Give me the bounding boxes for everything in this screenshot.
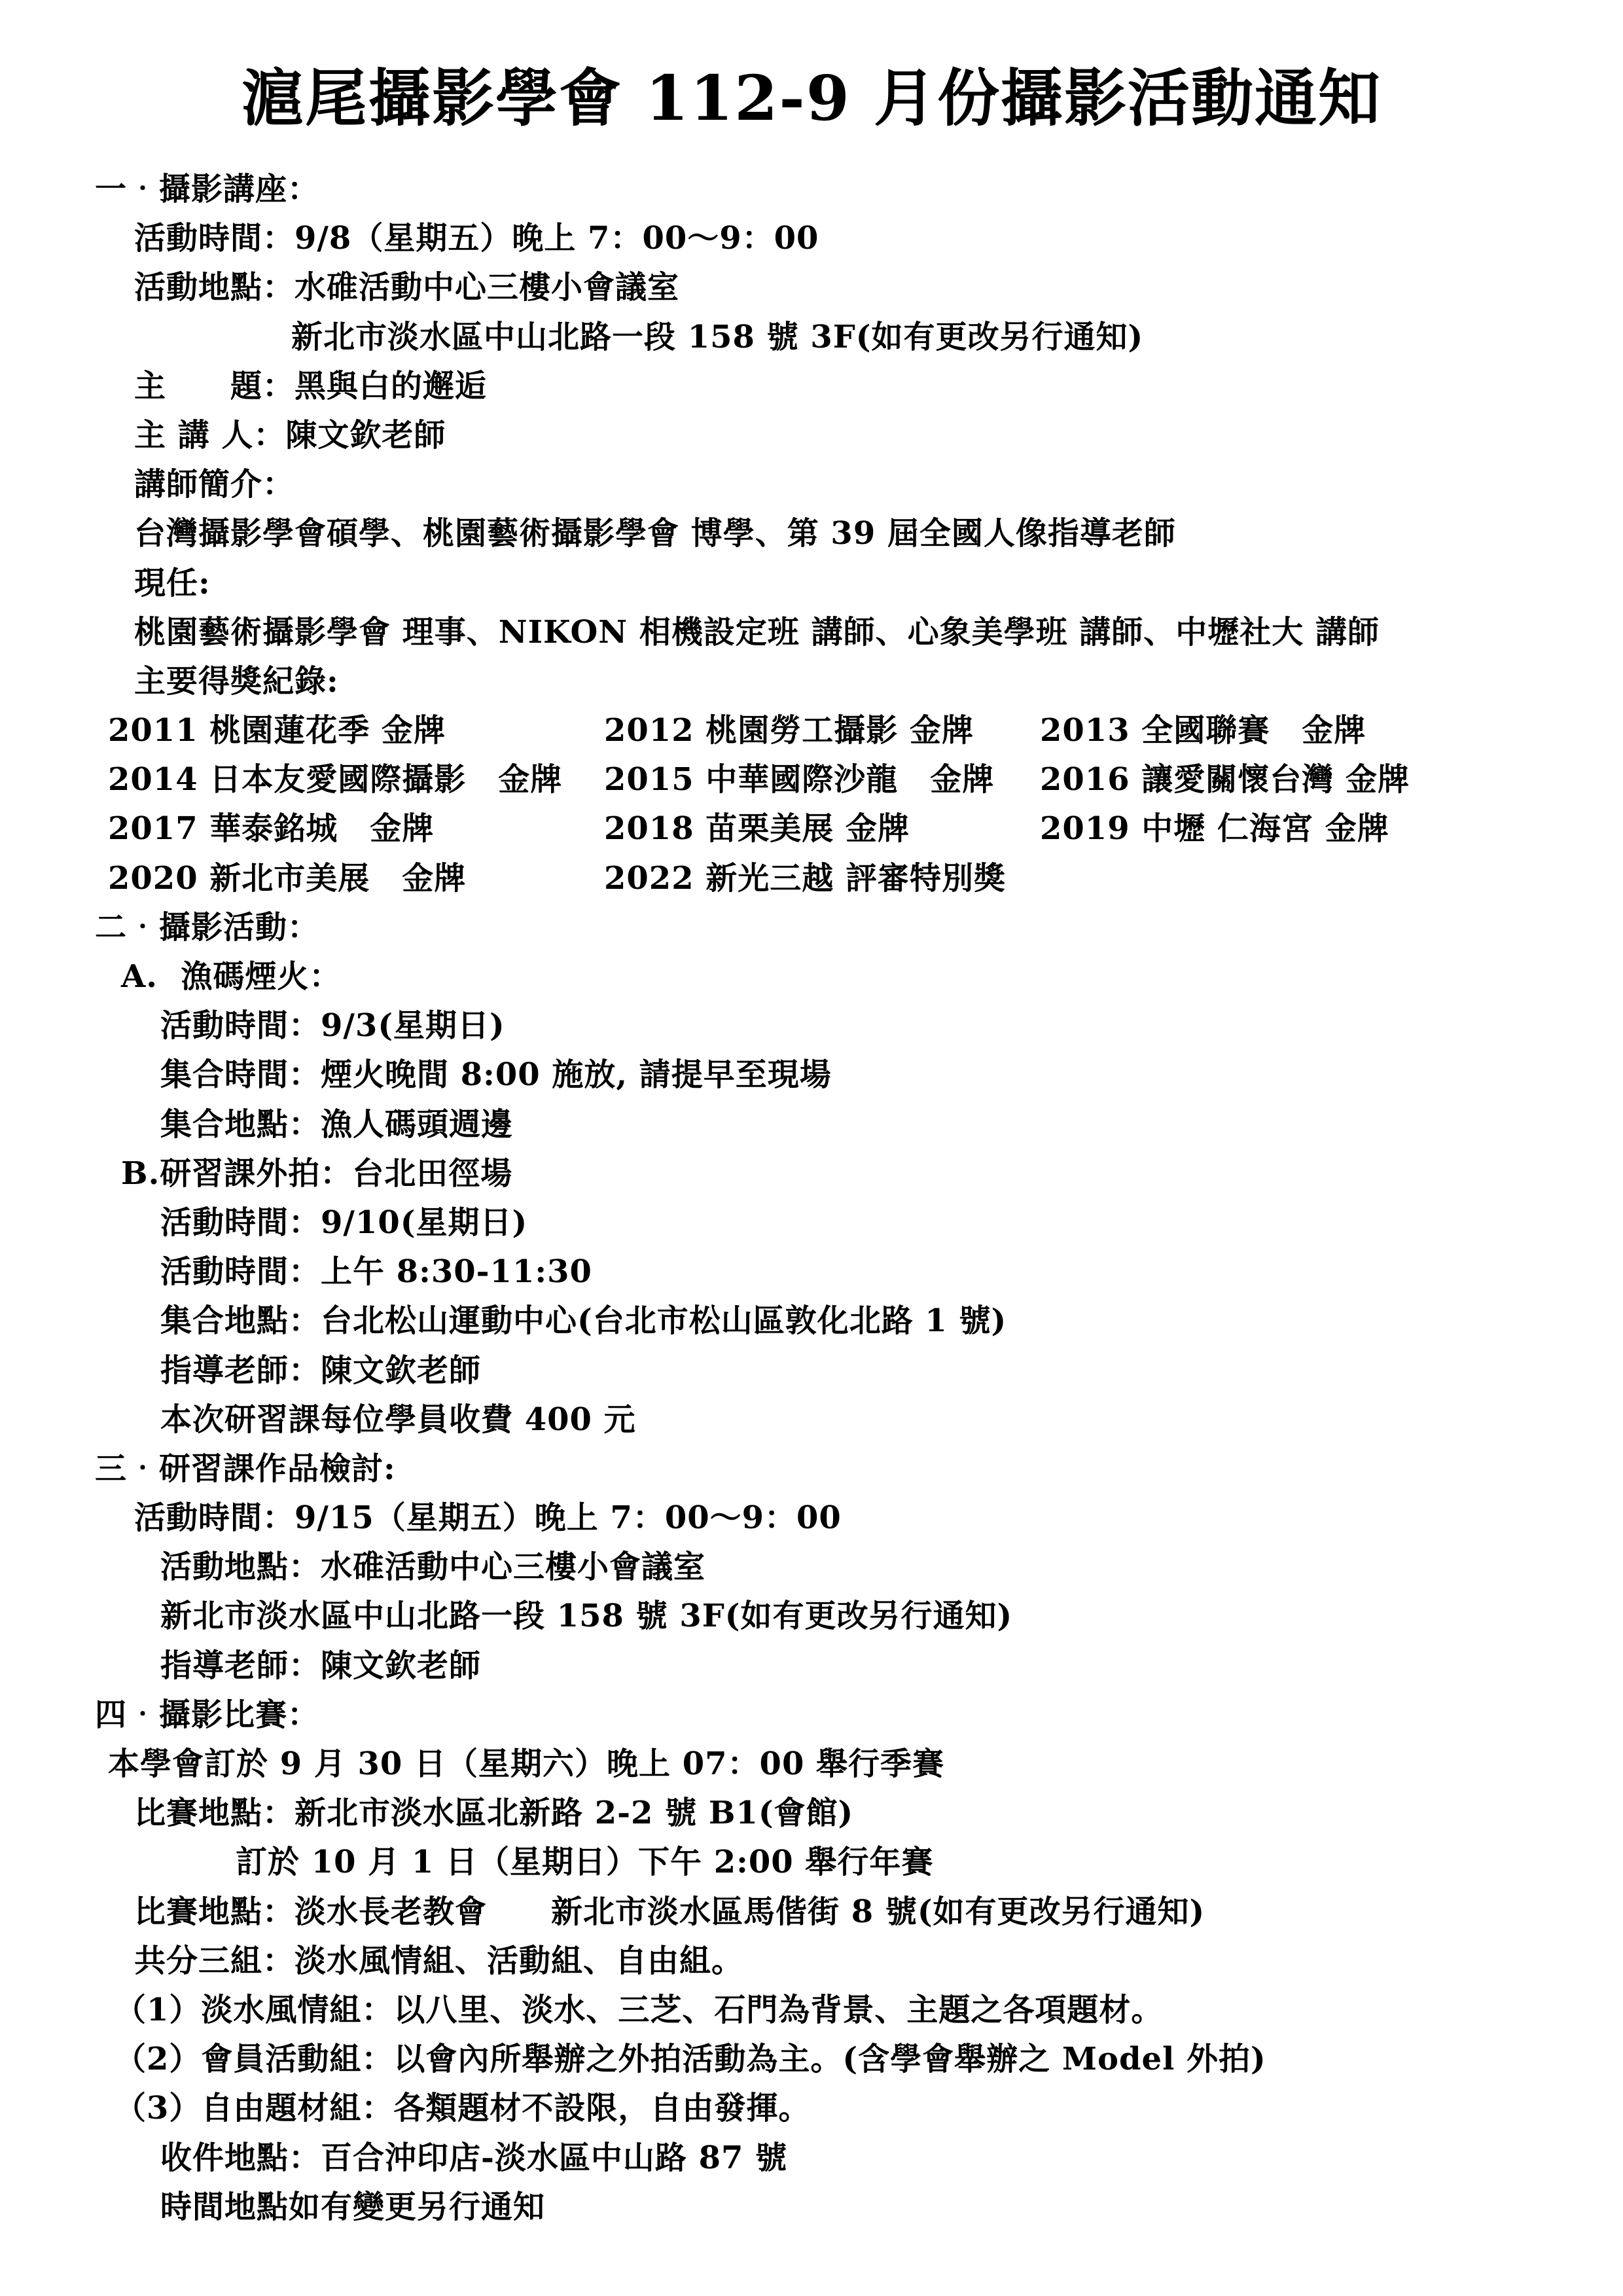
- line-assembly-time: 集合時間：煙火晚間 8:00 施放, 請提早至現場: [0, 1050, 1623, 1100]
- line-sub-item-a: A. 漁碼煙火：: [0, 952, 1623, 1001]
- section-3-heading: 三‧研習課作品檢討:: [0, 1444, 1623, 1494]
- award-row: 2014 日本友愛國際攝影 金牌 2015 中華國際沙龍 金牌 2016 讓愛關…: [0, 755, 1623, 804]
- line-event-place: 活動地點：水碓活動中心三樓小會議室: [0, 263, 1623, 312]
- line-fee: 本次研習課每位學員收費 400 元: [0, 1395, 1623, 1444]
- line-contest-place-2: 比賽地點：淡水長老教會 新北市淡水區馬偕街 8 號(如有更改另行通知): [0, 1888, 1623, 1937]
- section-2-heading: 二‧攝影活動：: [0, 903, 1623, 952]
- line-event-address: 新北市淡水區中山北路一段 158 號 3F(如有更改另行通知): [0, 313, 1623, 362]
- award-cell: 2017 華泰銘城 金牌: [108, 804, 604, 853]
- line-group-2: （2）會員活動組：以會內所舉辦之外拍活動為主。(含學會舉辦之 Model 外拍): [0, 2035, 1623, 2084]
- award-row: 2020 新北市美展 金牌 2022 新光三越 評審特別獎: [0, 854, 1623, 903]
- document-title: 滬尾攝影學會 112-9 月份攝影活動通知: [0, 0, 1623, 143]
- line-awards-heading: 主要得獎紀錄:: [0, 657, 1623, 706]
- line-quarterly-contest: 本學會訂於 9 月 30 日（星期六）晚上 07：00 舉行季賽: [0, 1740, 1623, 1789]
- line-assembly-place: 集合地點：台北松山運動中心(台北市松山區敦化北路 1 號): [0, 1297, 1623, 1346]
- line-activity-date: 活動時間：9/10(星期日): [0, 1198, 1623, 1247]
- line-assembly-place: 集合地點：漁人碼頭週邊: [0, 1100, 1623, 1149]
- line-contest-place: 比賽地點：新北市淡水區北新路 2-2 號 B1(會館): [0, 1789, 1623, 1838]
- award-cell: 2018 苗栗美展 金牌: [604, 804, 1040, 853]
- section-1-heading: 一‧攝影講座：: [0, 165, 1623, 214]
- document-body: 一‧攝影講座： 活動時間：9/8（星期五）晚上 7：00～9：00 活動地點：水…: [0, 165, 1623, 2232]
- award-cell: 2013 全國聯賽 金牌: [1040, 706, 1623, 755]
- award-cell: 2020 新北市美展 金牌: [108, 854, 604, 903]
- section-4-heading: 四‧攝影比賽：: [0, 1691, 1623, 1740]
- award-cell: 2015 中華國際沙龍 金牌: [604, 755, 1040, 804]
- award-cell: 2012 桃園勞工攝影 金牌: [604, 706, 1040, 755]
- award-cell: 2011 桃園蓮花季 金牌: [108, 706, 604, 755]
- line-sub-item-b: B.研習課外拍：台北田徑場: [0, 1149, 1623, 1198]
- award-row: 2017 華泰銘城 金牌 2018 苗栗美展 金牌 2019 中壢 仁海宮 金牌: [0, 804, 1623, 853]
- award-cell: 2022 新光三越 評審特別獎: [604, 854, 1040, 903]
- line-current-roles: 桃園藝術攝影學會 理事、NIKON 相機設定班 講師、心象美學班 講師、中壢社大…: [0, 608, 1623, 657]
- line-event-place: 活動地點：水碓活動中心三樓小會議室: [0, 1543, 1623, 1592]
- line-current-heading: 現任:: [0, 559, 1623, 608]
- award-cell: 2014 日本友愛國際攝影 金牌: [108, 755, 604, 804]
- line-event-address: 新北市淡水區中山北路一段 158 號 3F(如有更改另行通知): [0, 1592, 1623, 1641]
- line-speaker: 主 講 人：陳文欽老師: [0, 411, 1623, 460]
- line-submission-place: 收件地點：百合沖印店-淡水區中山路 87 號: [0, 2134, 1623, 2183]
- line-instructor: 指導老師：陳文欽老師: [0, 1346, 1623, 1395]
- line-event-time: 活動時間：9/8（星期五）晚上 7：00～9：00: [0, 214, 1623, 263]
- line-groups: 共分三組：淡水風情組、活動組、自由組。: [0, 1937, 1623, 1986]
- award-cell: 2016 讓愛關懷台灣 金牌: [1040, 755, 1623, 804]
- award-cell: [1040, 854, 1623, 903]
- line-change-notice: 時間地點如有變更另行通知: [0, 2183, 1623, 2232]
- award-row: 2011 桃園蓮花季 金牌 2012 桃園勞工攝影 金牌 2013 全國聯賽 金…: [0, 706, 1623, 755]
- document-page: 滬尾攝影學會 112-9 月份攝影活動通知 一‧攝影講座： 活動時間：9/8（星…: [0, 0, 1623, 2296]
- line-annual-contest: 訂於 10 月 1 日（星期日）下午 2:00 舉行年賽: [0, 1838, 1623, 1887]
- line-group-3: （3）自由題材組：各類題材不設限，自由發揮。: [0, 2084, 1623, 2133]
- line-bio-heading: 講師簡介：: [0, 460, 1623, 509]
- line-bio-credentials: 台灣攝影學會碩學、桃園藝術攝影學會 博學、第 39 屆全國人像指導老師: [0, 509, 1623, 558]
- line-activity-time: 活動時間：9/3(星期日): [0, 1001, 1623, 1050]
- line-activity-hours: 活動時間：上午 8:30-11:30: [0, 1247, 1623, 1297]
- line-event-time: 活動時間：9/15（星期五）晚上 7：00～9：00: [0, 1494, 1623, 1543]
- award-cell: 2019 中壢 仁海宮 金牌: [1040, 804, 1623, 853]
- line-topic: 主 題：黑與白的邂逅: [0, 362, 1623, 411]
- line-instructor: 指導老師：陳文欽老師: [0, 1641, 1623, 1691]
- line-group-1: （1）淡水風情組：以八里、淡水、三芝、石門為背景、主題之各項題材。: [0, 1986, 1623, 2035]
